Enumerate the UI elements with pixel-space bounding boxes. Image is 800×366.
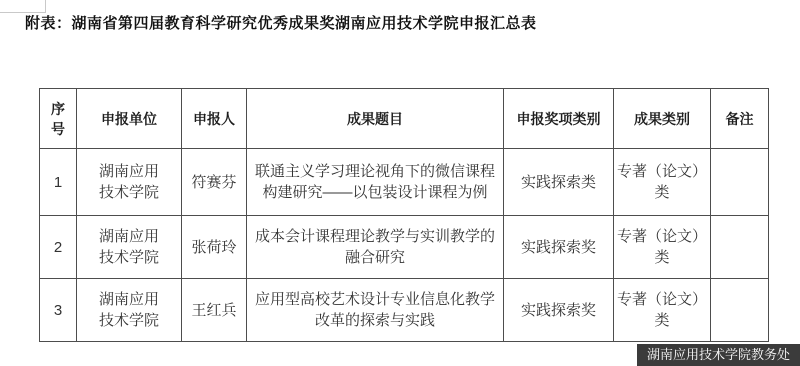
cell-no: 1 bbox=[40, 149, 77, 216]
cell-award-category: 实践探索奖 bbox=[504, 216, 614, 279]
column-header-no: 序号 bbox=[40, 89, 77, 149]
header-row: 序号 申报单位 申报人 成果题目 申报奖项类别 成果类别 备注 bbox=[40, 89, 769, 149]
cell-result-category-text: 专著（论文）类 bbox=[616, 226, 708, 268]
column-header-result-category-label: 成果类别 bbox=[634, 111, 690, 127]
cell-no: 3 bbox=[40, 279, 77, 342]
column-header-note: 备注 bbox=[711, 89, 769, 149]
cell-topic: 成本会计课程理论教学与实训教学的融合研究 bbox=[247, 216, 504, 279]
page-title: 附表：湖南省第四届教育科学研究优秀成果奖湖南应用技术学院申报汇总表 bbox=[25, 12, 537, 33]
cell-no: 2 bbox=[40, 216, 77, 279]
column-header-note-label: 备注 bbox=[726, 111, 754, 127]
cell-note bbox=[711, 149, 769, 216]
table-row: 3 湖南应用技术学院 王红兵 应用型高校艺术设计专业信息化教学改革的探索与实践 … bbox=[40, 279, 769, 342]
cell-note bbox=[711, 216, 769, 279]
cell-result-category: 专著（论文）类 bbox=[614, 279, 711, 342]
cell-note bbox=[711, 279, 769, 342]
cell-topic: 联通主义学习理论视角下的微信课程构建研究——以包装设计课程为例 bbox=[247, 149, 504, 216]
document-page: 附表：湖南省第四届教育科学研究优秀成果奖湖南应用技术学院申报汇总表 序号 申报单… bbox=[0, 0, 800, 366]
cell-org-text: 湖南应用技术学院 bbox=[97, 226, 161, 268]
column-header-award-category: 申报奖项类别 bbox=[504, 89, 614, 149]
column-header-applicant: 申报人 bbox=[182, 89, 247, 149]
column-header-no-label: 序号 bbox=[49, 99, 67, 139]
cell-org: 湖南应用技术学院 bbox=[77, 216, 182, 279]
cell-award-category: 实践探索类 bbox=[504, 149, 614, 216]
cell-org: 湖南应用技术学院 bbox=[77, 279, 182, 342]
table-row: 1 湖南应用技术学院 符赛芬 联通主义学习理论视角下的微信课程构建研究——以包装… bbox=[40, 149, 769, 216]
column-header-applicant-label: 申报人 bbox=[193, 111, 235, 127]
column-header-topic: 成果题目 bbox=[247, 89, 504, 149]
cell-applicant: 符赛芬 bbox=[182, 149, 247, 216]
cell-result-category: 专著（论文）类 bbox=[614, 149, 711, 216]
cell-topic: 应用型高校艺术设计专业信息化教学改革的探索与实践 bbox=[247, 279, 504, 342]
column-header-org: 申报单位 bbox=[77, 89, 182, 149]
column-header-award-category-label: 申报奖项类别 bbox=[517, 111, 601, 127]
cell-org-text: 湖南应用技术学院 bbox=[97, 161, 161, 203]
cell-org: 湖南应用技术学院 bbox=[77, 149, 182, 216]
column-header-topic-label: 成果题目 bbox=[347, 111, 403, 127]
column-header-result-category: 成果类别 bbox=[614, 89, 711, 149]
cell-award-category: 实践探索奖 bbox=[504, 279, 614, 342]
cell-result-category-text: 专著（论文）类 bbox=[616, 161, 708, 203]
summary-table: 序号 申报单位 申报人 成果题目 申报奖项类别 成果类别 备注 1 湖南应用技术… bbox=[39, 88, 769, 342]
cell-result-category-text: 专著（论文）类 bbox=[616, 289, 708, 331]
cell-result-category: 专著（论文）类 bbox=[614, 216, 711, 279]
footer-badge: 湖南应用技术学院教务处 bbox=[637, 344, 800, 366]
cell-org-text: 湖南应用技术学院 bbox=[97, 289, 161, 331]
cell-applicant: 王红兵 bbox=[182, 279, 247, 342]
table-row: 2 湖南应用技术学院 张荷玲 成本会计课程理论教学与实训教学的融合研究 实践探索… bbox=[40, 216, 769, 279]
cell-applicant: 张荷玲 bbox=[182, 216, 247, 279]
column-header-org-label: 申报单位 bbox=[101, 111, 157, 127]
